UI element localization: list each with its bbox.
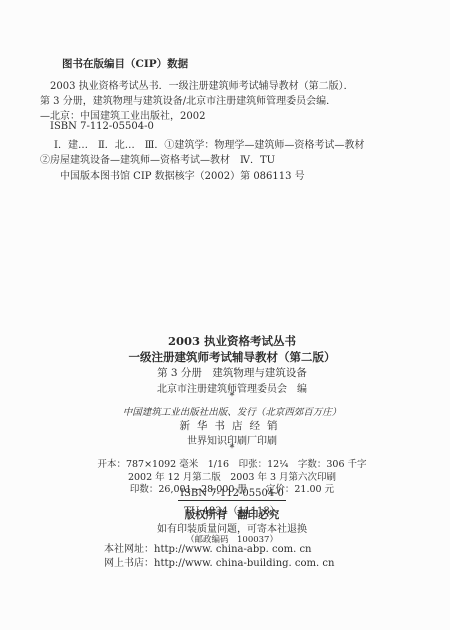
url-block: 本社网址：http://www. china-abp. com. cn 网上书店… <box>104 543 334 571</box>
online-bookstore: 网上书店：http://www. china-building. com. cn <box>104 557 334 571</box>
isbn-number: ISBN 7-112-05504-0 <box>178 488 286 501</box>
publisher-line: 中国建筑工业出版社出版、发行（北京西郊百万庄） <box>14 404 450 418</box>
book-title: 一级注册建筑师考试辅导教材（第二版） <box>14 349 450 365</box>
cip-classification-line-2: ②房屋建筑设备—建筑师—资格考试—教材 Ⅳ．TU <box>40 151 275 166</box>
volume-title: 第 3 分册 建筑物理与建筑设备 <box>14 365 450 380</box>
cip-isbn: ISBN 7-112-05504-0 <box>50 121 154 132</box>
series-title: 2003 执业资格考试丛书 <box>14 333 450 349</box>
cip-entry-line-1: 2003 执业资格考试丛书．一级注册建筑师考试辅导教材（第二版）． <box>50 77 354 92</box>
cip-record-number: 中国版本图书馆 CIP 数据核字（2002）第 086113 号 <box>60 167 305 182</box>
divider-star-2: * <box>14 443 450 454</box>
format-line: 开本：787×1092 毫米 1/16 印张：12¼ 字数：306 千字 <box>14 456 450 470</box>
colophon-page: 图书在版编目（CIP）数据 2003 执业资格考试丛书．一级注册建筑师考试辅导教… <box>0 0 450 630</box>
cip-entry-line-3: —北京：中国建筑工业出版社，2002 <box>40 107 205 122</box>
divider-star-1: * <box>14 391 450 402</box>
cip-entry-line-2: 第 3 分册，建筑物理与建筑设备/北京市注册建筑师管理委员会编． <box>40 92 336 107</box>
cip-heading: 图书在版编目（CIP）数据 <box>62 56 188 71</box>
publisher-website: 本社网址：http://www. china-abp. com. cn <box>104 543 334 557</box>
distributor-line: 新华书店经销 <box>14 418 450 433</box>
cip-classification-line-1: Ⅰ．建… Ⅱ．北… Ⅲ．①建筑学：物理学—建筑师—资格考试—教材 <box>54 136 364 151</box>
